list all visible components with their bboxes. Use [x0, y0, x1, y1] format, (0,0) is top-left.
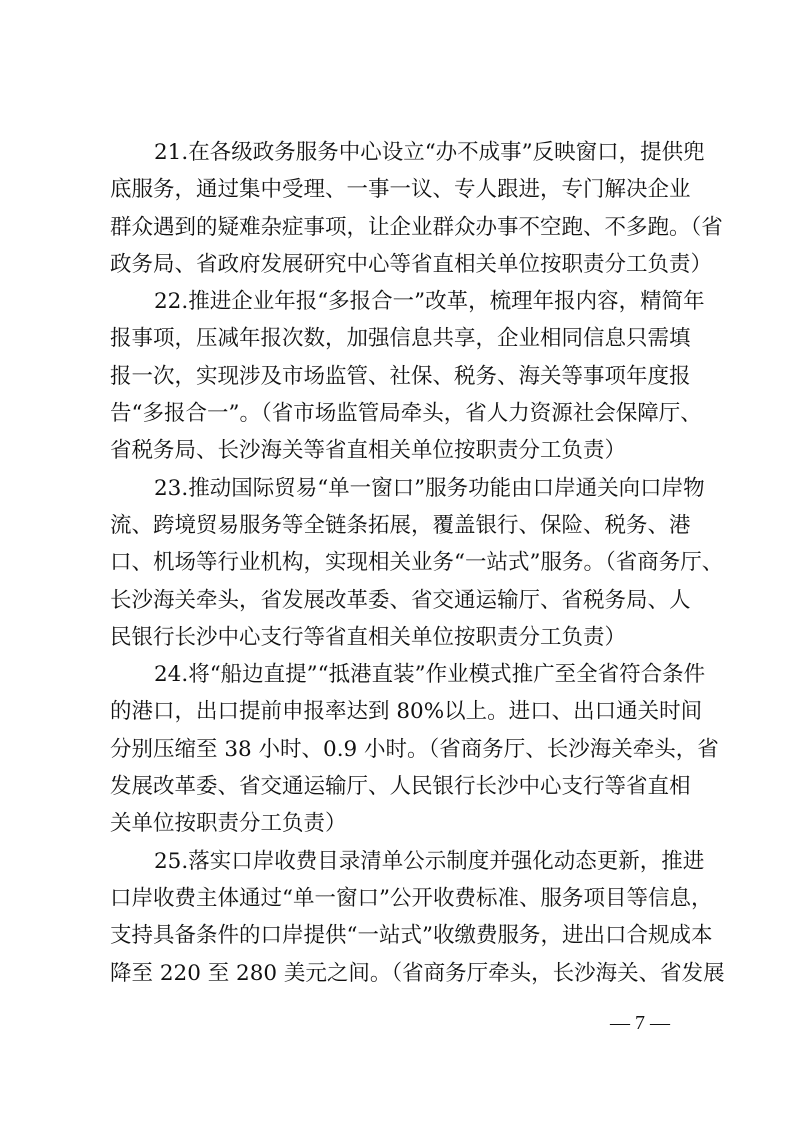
text-line: 长沙海关牵头，省发展改革委、省交通运输厅、省税务局、人: [110, 582, 690, 619]
text-line: 22.推进企业年报“多报合一”改革，梳理年报内容，精简年: [110, 283, 690, 320]
document-body: 21.在各级政务服务中心设立“办不成事”反映窗口，提供兜 底服务，通过集中受理、…: [110, 134, 690, 992]
text-line: 24.将“船边直提”“抵港直装”作业模式推广至全省符合条件: [110, 656, 690, 693]
text-line: 流、跨境贸易服务等全链条拓展，覆盖银行、保险、税务、港: [110, 507, 690, 544]
paragraph-22: 22.推进企业年报“多报合一”改革，梳理年报内容，精简年 报事项，压减年报次数，…: [110, 283, 690, 469]
text-line: 群众遇到的疑难杂症事项，让企业群众办事不空跑、不多跑。（省: [110, 209, 690, 246]
text-line: 省税务局、长沙海关等省直相关单位按职责分工负责）: [110, 432, 690, 469]
text-line: 降至 220 至 280 美元之间。（省商务厅牵头，长沙海关、省发展: [110, 955, 690, 992]
text-line: 的港口，出口提前申报率达到 80%以上。进口、出口通关时间: [110, 693, 690, 730]
text-line: 底服务，通过集中受理、一事一议、专人跟进，专门解决企业: [110, 171, 690, 208]
text-line: 政务局、省政府发展研究中心等省直相关单位按职责分工负责）: [110, 246, 690, 283]
paragraph-24: 24.将“船边直提”“抵港直装”作业模式推广至全省符合条件 的港口，出口提前申报…: [110, 656, 690, 842]
paragraph-25: 25.落实口岸收费目录清单公示制度并强化动态更新，推进 口岸收费主体通过“单一窗…: [110, 843, 690, 992]
paragraph-23: 23.推动国际贸易“单一窗口”服务功能由口岸通关向口岸物 流、跨境贸易服务等全链…: [110, 470, 690, 656]
page-number: — 7 —: [610, 1012, 670, 1035]
text-line: 发展改革委、省交通运输厅、人民银行长沙中心支行等省直相: [110, 768, 690, 805]
text-line: 报事项，压减年报次数，加强信息共享，企业相同信息只需填: [110, 320, 690, 357]
text-line: 口、机场等行业机构，实现相关业务“一站式”服务。（省商务厅、: [110, 544, 690, 581]
text-line: 告“多报合一”。（省市场监管局牵头，省人力资源社会保障厅、: [110, 395, 690, 432]
paragraph-21: 21.在各级政务服务中心设立“办不成事”反映窗口，提供兜 底服务，通过集中受理、…: [110, 134, 690, 283]
text-line: 23.推动国际贸易“单一窗口”服务功能由口岸通关向口岸物: [110, 470, 690, 507]
text-line: 关单位按职责分工负责）: [110, 805, 690, 842]
text-line: 25.落实口岸收费目录清单公示制度并强化动态更新，推进: [110, 843, 690, 880]
text-line: 口岸收费主体通过“单一窗口”公开收费标准、服务项目等信息，: [110, 880, 690, 917]
text-line: 民银行长沙中心支行等省直相关单位按职责分工负责）: [110, 619, 690, 656]
text-line: 支持具备条件的口岸提供“一站式”收缴费服务，进出口合规成本: [110, 917, 690, 954]
text-line: 21.在各级政务服务中心设立“办不成事”反映窗口，提供兜: [110, 134, 690, 171]
text-line: 报一次，实现涉及市场监管、社保、税务、海关等事项年度报: [110, 358, 690, 395]
text-line: 分别压缩至 38 小时、0.9 小时。（省商务厅、长沙海关牵头，省: [110, 731, 690, 768]
